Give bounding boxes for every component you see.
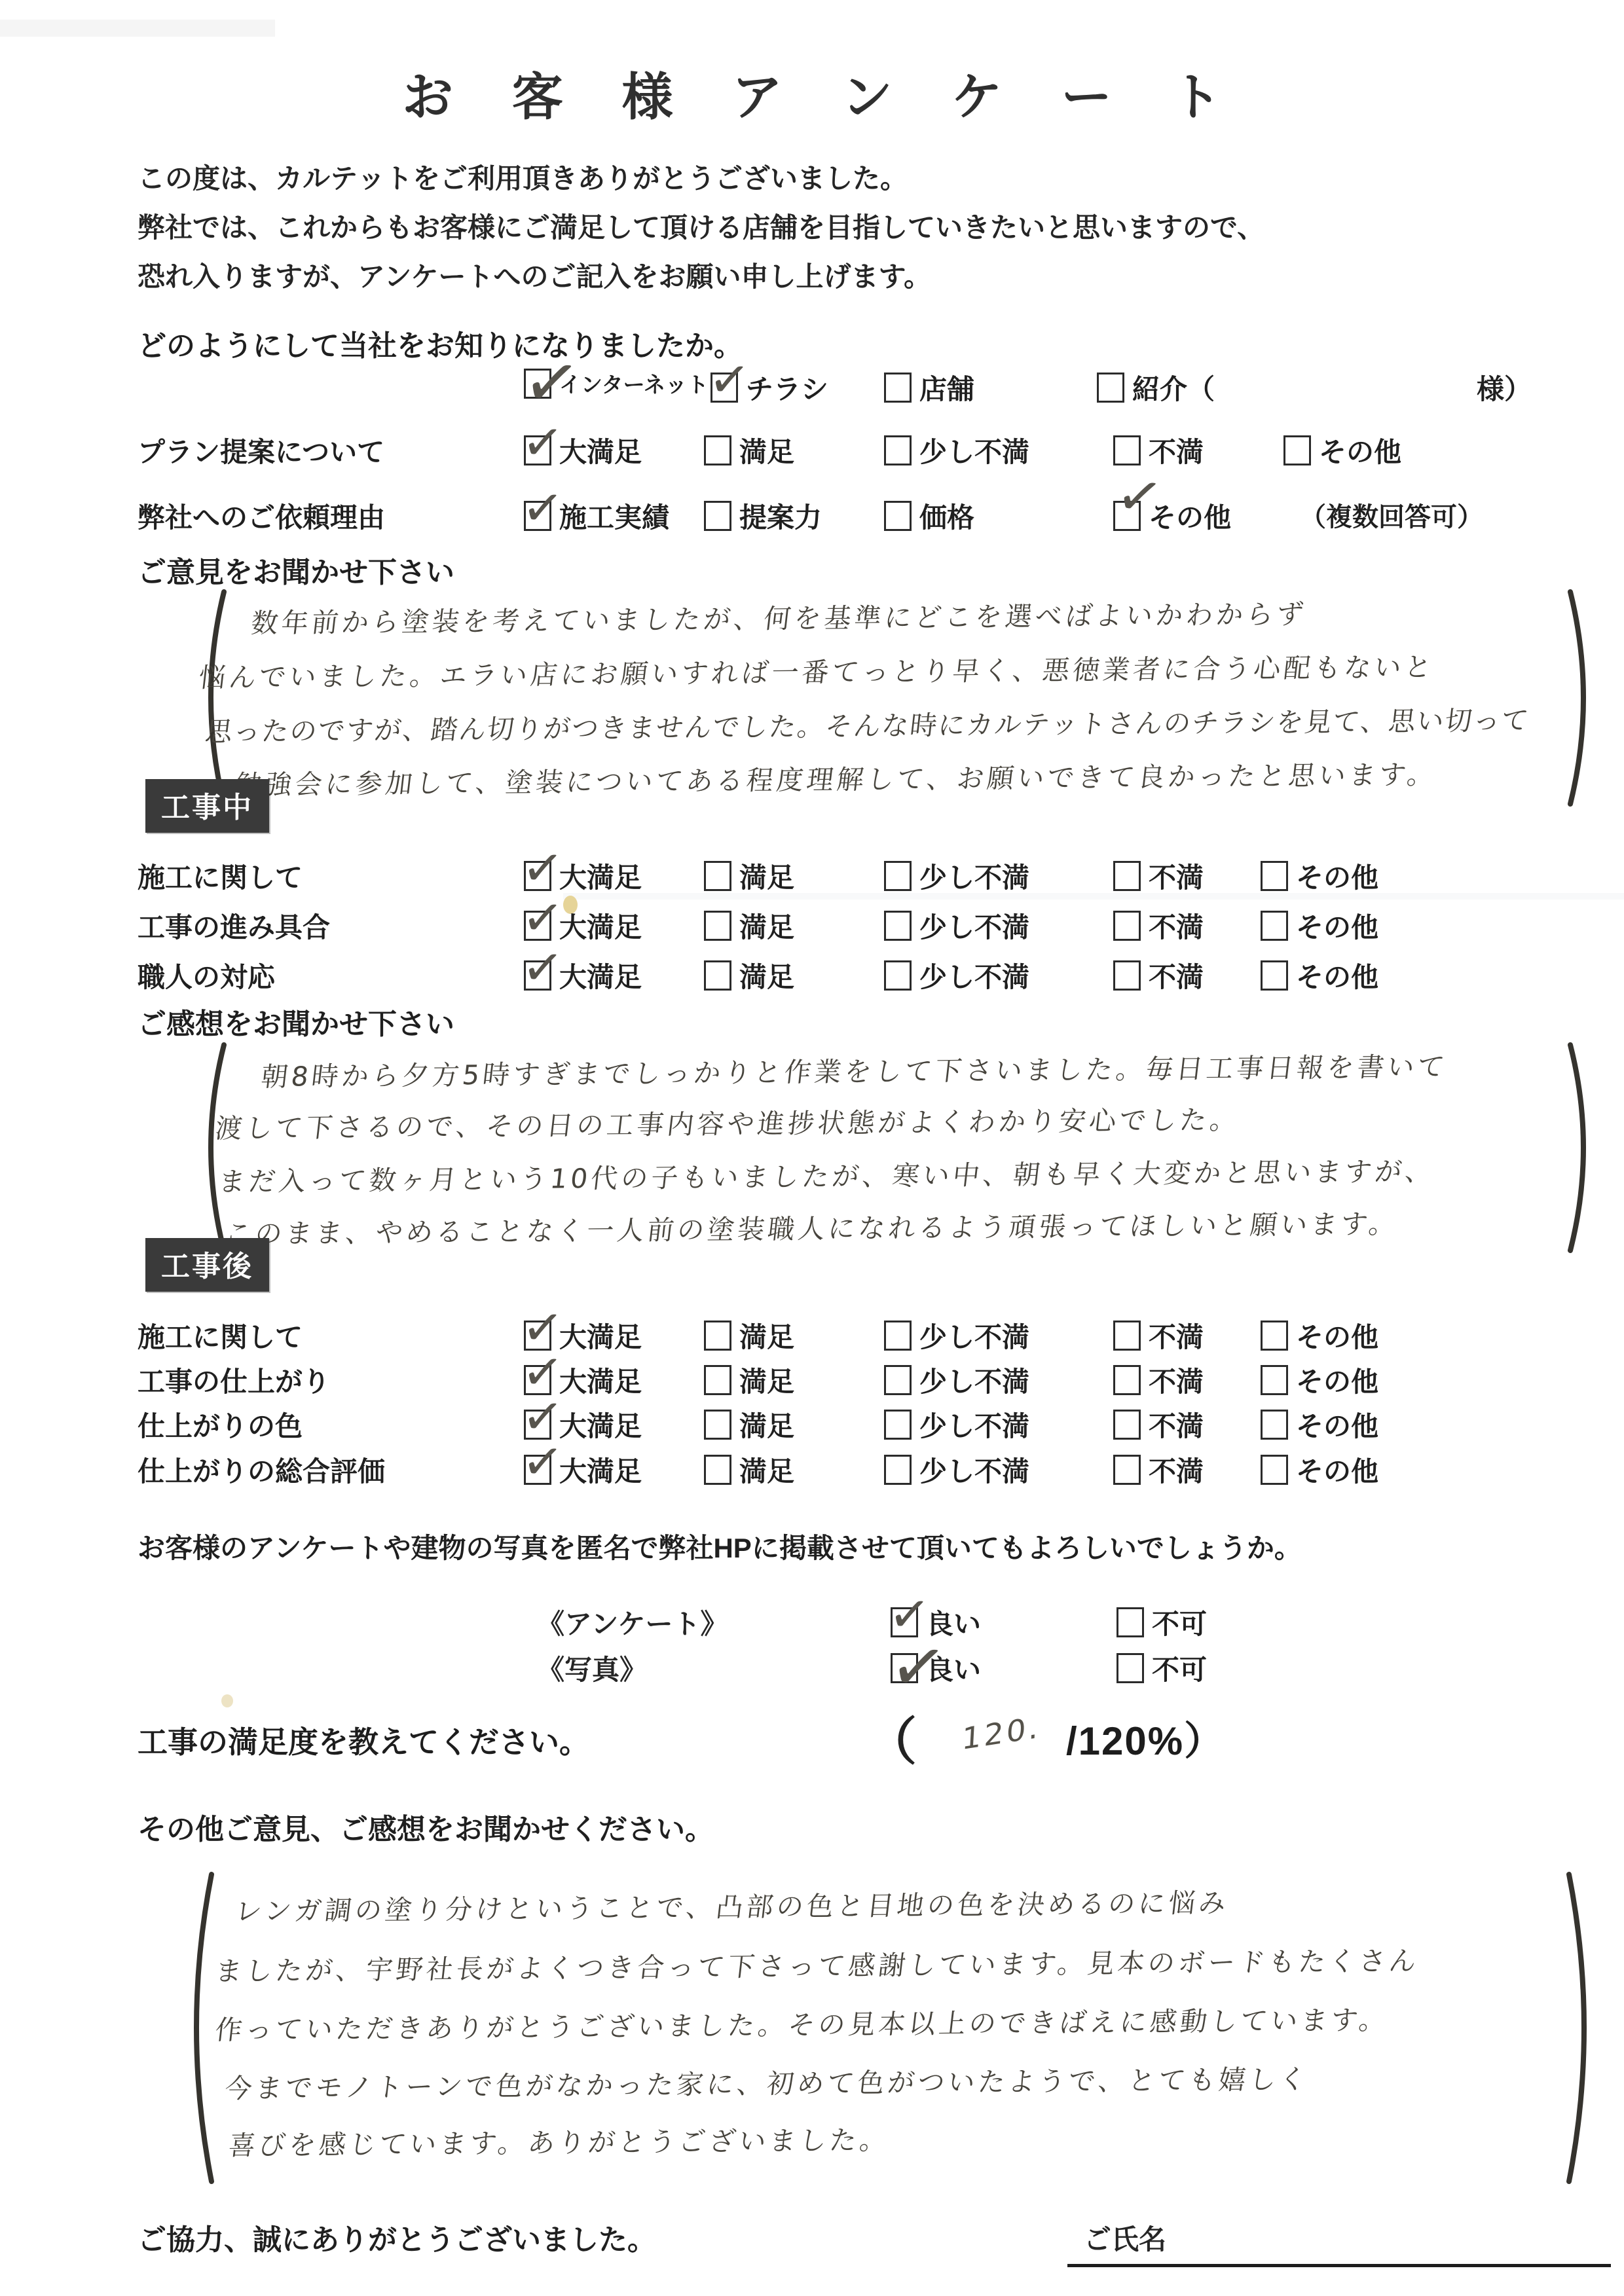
option-kakaku: 価格: [884, 496, 974, 536]
checkbox-yoi-photo: [891, 1653, 918, 1683]
option-manzoku: 満足: [704, 431, 794, 470]
checkbox-fuman: [1113, 1455, 1141, 1485]
checkbox-referral: [1097, 373, 1124, 403]
checkbox-internet: [524, 369, 551, 399]
handwritten-line: 作っていただきありがとうございました。その見本以上のできばえに感動しています。: [213, 1998, 1392, 2047]
option-label: 紹介（: [1132, 368, 1215, 407]
checkbox-daimanzoku: [524, 1455, 551, 1485]
checkbox-fuka-photo: [1116, 1653, 1144, 1683]
handwritten-open-paren: [195, 587, 228, 809]
impression-handwriting-block: 朝8時から夕方5時すぎまでしっかりと作業をして下さいました。毎日工事日報を書いて…: [0, 1040, 1624, 1259]
during-row-construction: 施工に関して 大満足 満足 少し不満 不満 その他: [0, 856, 1624, 898]
section-label-during: 工事中: [145, 779, 269, 833]
option-label: 店舗: [919, 368, 974, 407]
checkbox-sonota: [1261, 960, 1288, 991]
opinion-heading: ご意見をお聞かせ下さい: [138, 549, 454, 591]
row-label: プラン提案について: [138, 431, 384, 470]
name-label: ご氏名: [1084, 2218, 1166, 2257]
how-known-row: インターネット チラシ 店舗 紹介（ 様）: [0, 368, 1624, 410]
satisfaction-label: 工事の満足度を教えてください。: [138, 1719, 589, 1762]
publish-survey-label: 《アンケート》: [537, 1603, 728, 1642]
handwritten-line: このまま、やめることなく一人前の塗装職人になれるよう頑張ってほしいと願います。: [223, 1202, 1401, 1251]
option-store: 店舗: [884, 368, 974, 407]
option-jisseki: 施工実績: [524, 496, 669, 536]
handwritten-line: 数年前から塗装を考えていましたが、何を基準にどこを選べばよいかわからず: [249, 592, 1309, 640]
handwritten-line: 思ったのですが、踏ん切りがつきませんでした。そんな時にカルテットさんのチラシを見…: [204, 699, 1532, 749]
option-sonota-reason: その他: [1113, 496, 1231, 536]
handwritten-open-paren: [195, 1040, 228, 1256]
option-flyer: チラシ: [710, 368, 828, 407]
checkbox-fuman: [1113, 1365, 1141, 1395]
handwritten-line: 渡して下さるので、その日の工事内容や進捗状態がよくわかり安心でした。: [213, 1098, 1243, 1146]
during-row-progress: 工事の進み具合 大満足 満足 少し不満 不満 その他: [0, 906, 1624, 948]
handwritten-line: まだ入って数ヶ月という10代の子もいましたが、寒い中、朝も早く大変かと思いますが…: [217, 1150, 1438, 1199]
checkbox-fuman: [1113, 960, 1141, 991]
checkbox-sonota: [1261, 1321, 1288, 1351]
other-comments-heading: その他ご意見、ご感想をお聞かせください。: [138, 1806, 714, 1848]
scanned-survey-page: お 客 様 ア ン ケ ー ト この度は、カルテットをご利用頂きありがとうござい…: [0, 0, 1624, 2296]
checkbox-jisseki: [524, 501, 551, 531]
handwritten-line: ましたが、宇野社長がよくつき合って下さって感謝しています。見本のボードもたくさん: [213, 1939, 1422, 1988]
checkbox-teianryoku: [704, 501, 731, 531]
checkbox-manzoku: [704, 861, 731, 891]
handwritten-close-paren: [1566, 1040, 1599, 1256]
multi-answer-note: （複数回答可）: [1300, 496, 1483, 534]
checkbox-fuman: [1113, 911, 1141, 941]
checkbox-manzoku: [704, 1321, 731, 1351]
option-sonota: その他: [1283, 431, 1401, 470]
after-row-construction: 施工に関して 大満足 満足 少し不満 不満 その他: [0, 1316, 1624, 1358]
handwritten-line: レンガ調の塗り分けということで、凸部の色と目地の色を決めるのに悩み: [233, 1881, 1231, 1928]
checkbox-sonota: [1261, 1455, 1288, 1485]
checkbox-sonota: [1261, 1410, 1288, 1440]
section-label-after: 工事後: [145, 1238, 269, 1292]
checkbox-manzoku: [704, 1455, 731, 1485]
plan-proposal-row: プラン提案について 大満足 満足 少し不満 不満 その他: [0, 431, 1624, 473]
intro-line-1: この度は、カルテットをご利用頂きありがとうございました。: [138, 157, 908, 196]
checkbox-store: [884, 373, 912, 403]
satisfaction-denominator: /120%）: [1066, 1710, 1225, 1766]
after-row-overall: 仕上がりの総合評価 大満足 満足 少し不満 不満 その他: [0, 1450, 1624, 1492]
option-internet: インターネット: [524, 368, 709, 399]
checkbox-daimanzoku: [524, 435, 551, 465]
checkbox-sonota: [1283, 435, 1311, 465]
how-known-question: どのようにして当社をお知りになりましたか。: [138, 322, 743, 364]
handwritten-line: 今までモノトーンで色がなかった家に、初めて色がついたようで、とても嬉しく: [223, 2058, 1312, 2105]
option-fuka-photo: 不可: [1116, 1649, 1207, 1688]
checkbox-manzoku: [704, 1365, 731, 1395]
checkbox-manzoku: [704, 435, 731, 465]
after-row-finish: 工事の仕上がり 大満足 満足 少し不満 不満 その他: [0, 1360, 1624, 1402]
checkbox-manzoku: [704, 1410, 731, 1440]
publish-question: お客様のアンケートや建物の写真を匿名で弊社HPに掲載させて頂いてもよろしいでしょ…: [138, 1527, 1302, 1566]
handwritten-satisfaction-value: 120.: [961, 1709, 1042, 1757]
option-teianryoku: 提案力: [704, 496, 822, 536]
checkbox-manzoku: [704, 911, 731, 941]
publish-photo-row: 《写真》 良い 不可: [0, 1649, 1624, 1690]
checkbox-sonota: [1261, 1365, 1288, 1395]
checkbox-manzoku: [704, 960, 731, 991]
checkbox-sukoshi-fuman: [884, 960, 912, 991]
during-row-craftsmen: 職人の対応 大満足 満足 少し不満 不満 その他: [0, 956, 1624, 998]
handwritten-line: 悩んでいました。エラい店にお願いすれば一番てっとり早く、悪徳業者に合う心配もない…: [197, 646, 1437, 695]
checkbox-sonota-reason: [1113, 501, 1141, 531]
checkbox-fuman: [1113, 1410, 1141, 1440]
row-label: 弊社へのご依頼理由: [138, 496, 385, 536]
checkbox-fuman: [1113, 861, 1141, 891]
checkbox-sonota: [1261, 911, 1288, 941]
option-fuka-survey: 不可: [1116, 1603, 1207, 1642]
checkbox-sukoshi-fuman: [884, 1410, 912, 1440]
after-row-color: 仕上がりの色 大満足 満足 少し不満 不満 その他: [0, 1405, 1624, 1447]
publish-survey-row: 《アンケート》 良い 不可: [0, 1603, 1624, 1645]
checkbox-fuman: [1113, 1321, 1141, 1351]
page-title: お 客 様 ア ン ケ ー ト: [0, 56, 1624, 130]
option-daimanzoku: 大満足: [524, 431, 642, 470]
intro-line-3: 恐れ入りますが、アンケートへのご記入をお願い申し上げます。: [138, 255, 931, 295]
handwritten-line: 勉強会に参加して、塗装についてある程度理解して、お願いできて良かったと思います。: [233, 753, 1440, 802]
intro-line-2: 弊社では、これからもお客様にご満足して頂ける店舗を目指していきたいと思いますので…: [138, 206, 1264, 246]
checkbox-sukoshi-fuman: [884, 861, 912, 891]
handwritten-close-paren: [1566, 587, 1599, 809]
name-underline: [1067, 2264, 1611, 2267]
scan-dot: [221, 1694, 233, 1707]
option-referral: 紹介（: [1097, 368, 1215, 407]
checkbox-daimanzoku: [524, 960, 551, 991]
checkbox-kakaku: [884, 501, 912, 531]
other-handwriting-block: レンガ調の塗り分けということで、凸部の色と目地の色を決めるのに悩み ましたが、宇…: [0, 1869, 1624, 2193]
scan-smudge: [0, 20, 275, 37]
publish-photo-label: 《写真》: [537, 1649, 647, 1688]
checkbox-sukoshi-fuman: [884, 1455, 912, 1485]
checkbox-flyer: [710, 373, 738, 403]
option-sukoshi-fuman: 少し不満: [884, 431, 1029, 470]
request-reason-row: 弊社へのご依頼理由 施工実績 提案力 価格 その他 （複数回答可）: [0, 496, 1624, 538]
option-label: チラシ: [746, 368, 828, 407]
checkbox-sukoshi-fuman: [884, 1321, 912, 1351]
checkbox-fuka-survey: [1116, 1607, 1144, 1637]
impression-heading: ご感想をお聞かせ下さい: [138, 1000, 454, 1042]
option-yoi-photo: 良い: [891, 1649, 981, 1688]
handwritten-open-paren: [180, 1869, 215, 2187]
handwritten-close-paren: [1565, 1869, 1600, 2187]
open-paren: （: [866, 1701, 917, 1774]
handwritten-line: 喜びを感じています。ありがとうございました。: [227, 2119, 892, 2163]
thanks-text: ご協力、誠にありがとうございました。: [138, 2216, 656, 2258]
handwritten-line: 朝8時から夕方5時すぎまでしっかりと作業をして下さいました。毎日工事日報を書いて: [259, 1045, 1450, 1094]
checkbox-sukoshi-fuman: [884, 435, 912, 465]
checkbox-sukoshi-fuman: [884, 911, 912, 941]
checkbox-sonota: [1261, 861, 1288, 891]
checkbox-sukoshi-fuman: [884, 1365, 912, 1395]
referral-suffix: 様）: [1477, 368, 1532, 407]
